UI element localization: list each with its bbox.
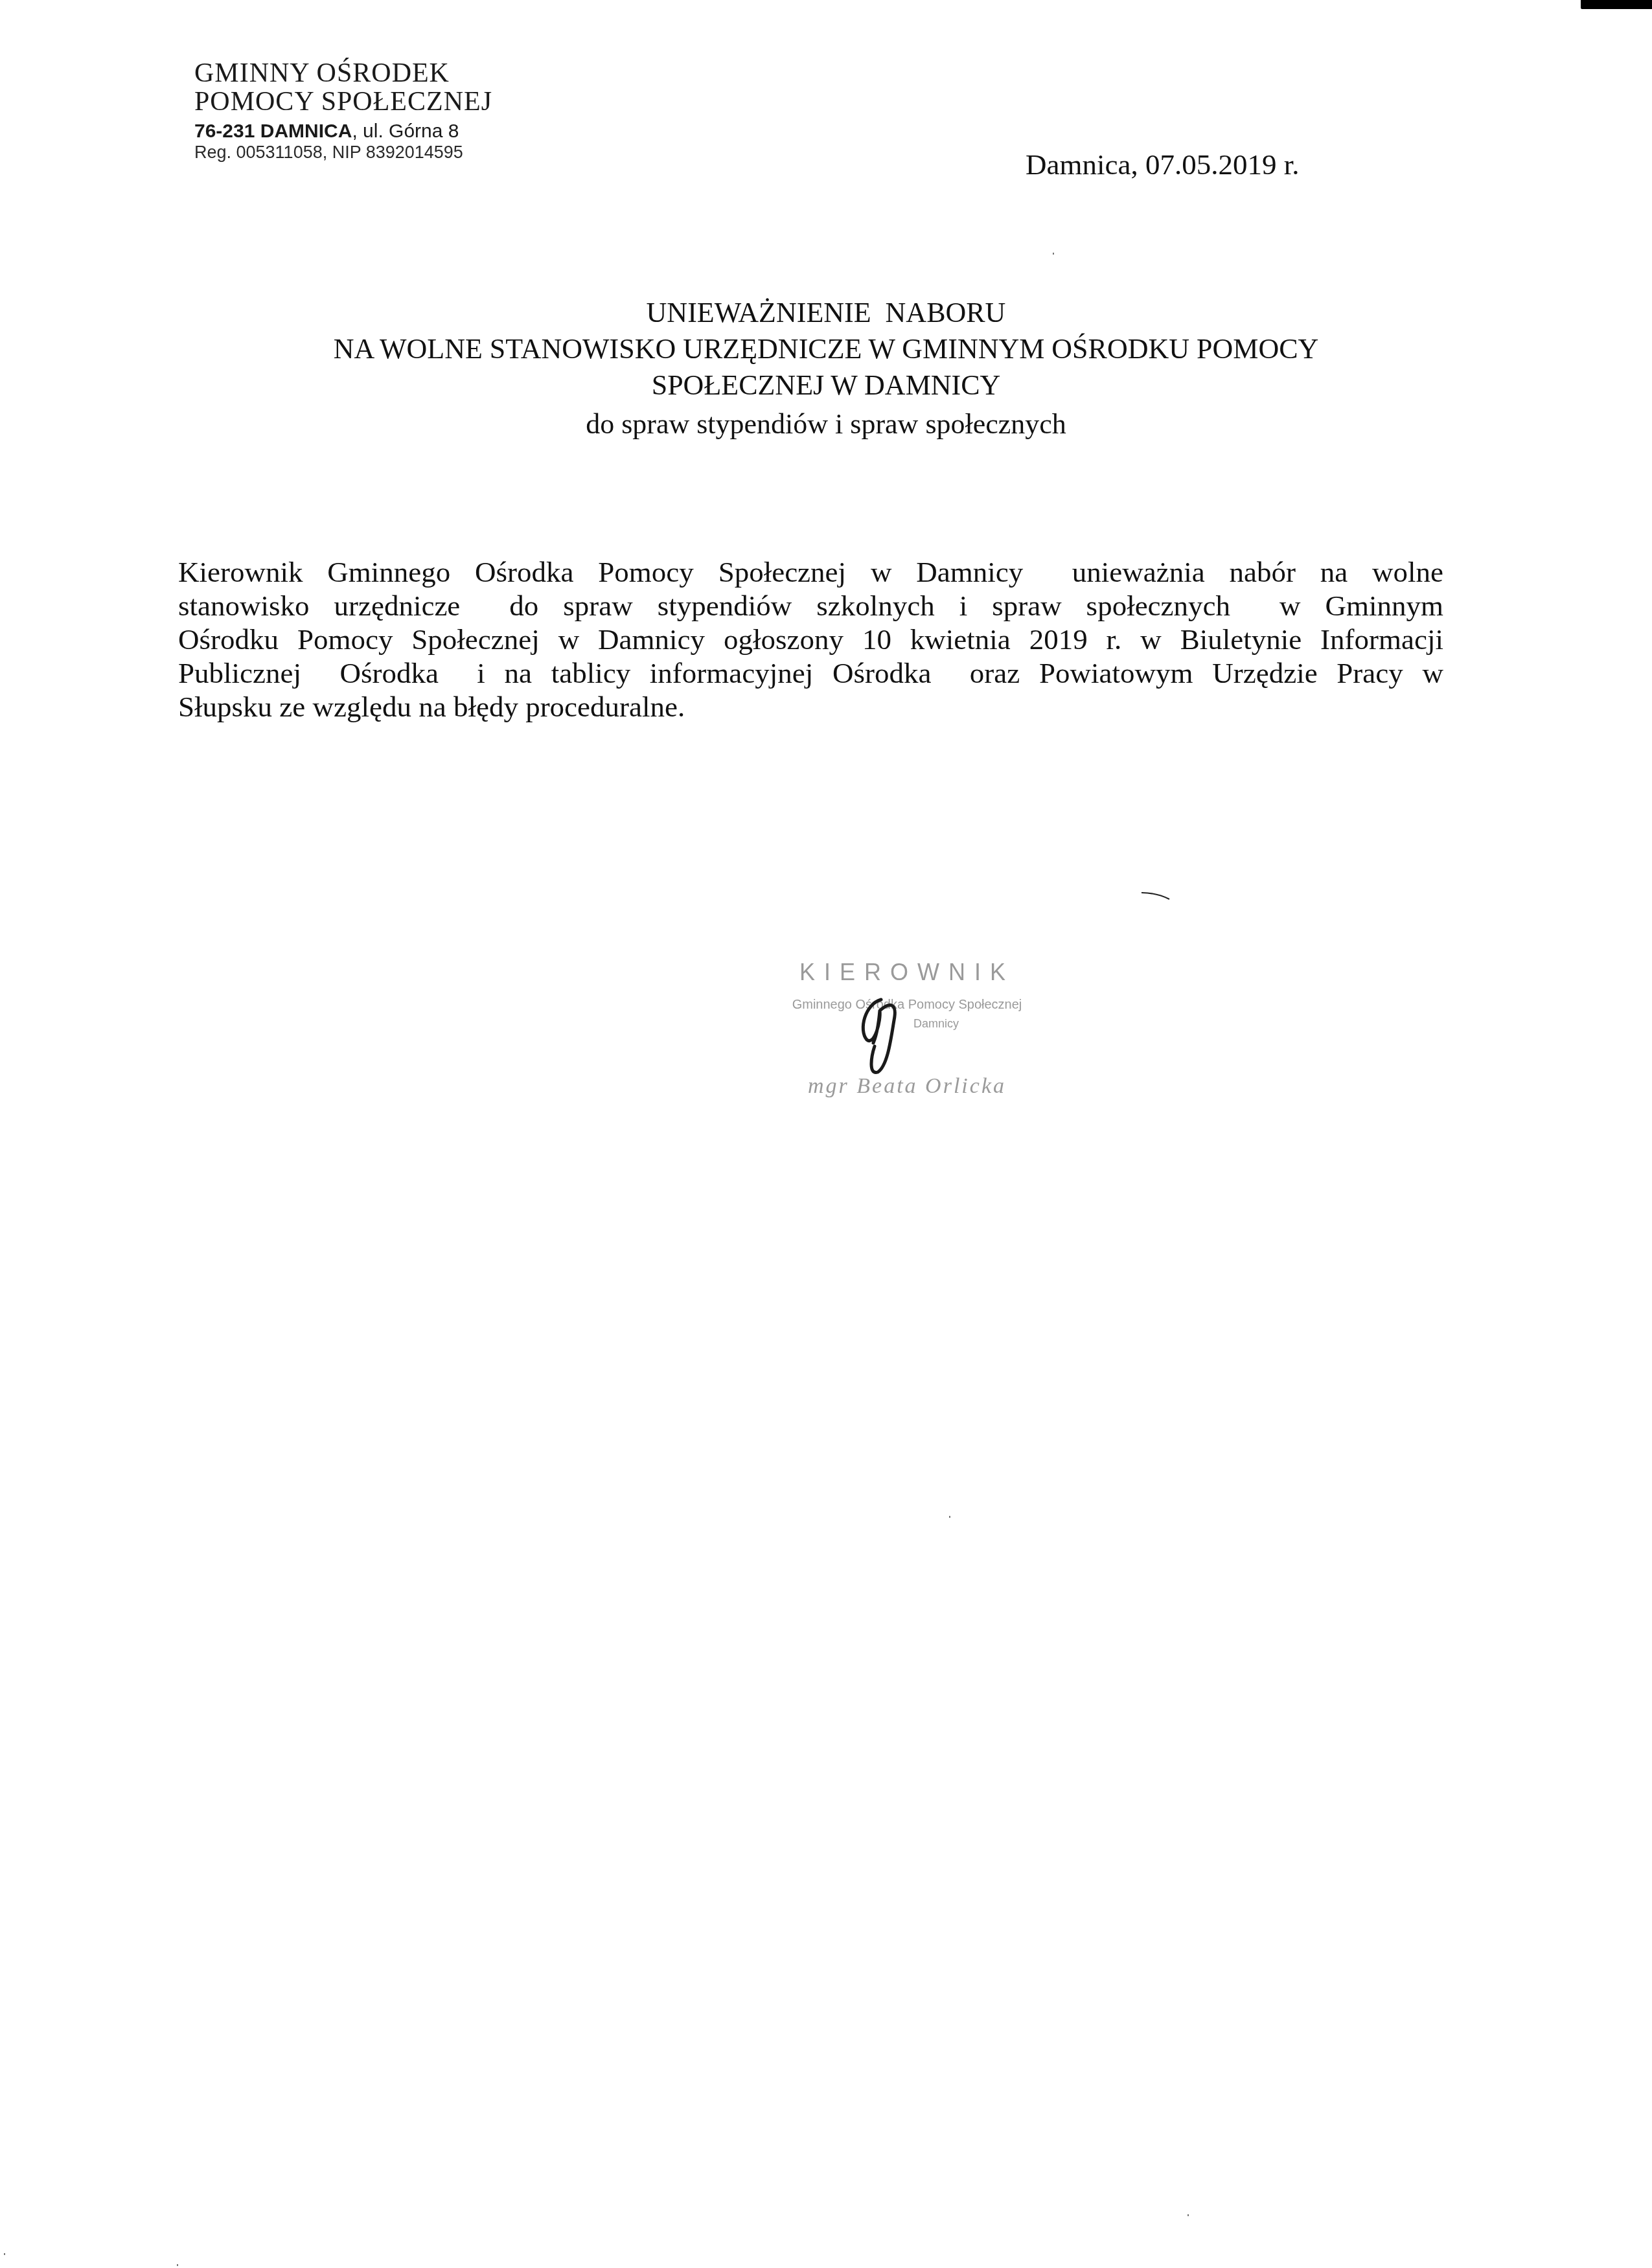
scan-speck	[1053, 253, 1054, 255]
document-page: GMINNY OŚRODEK POMOCY SPOŁECZNEJ 76-231 …	[0, 0, 1652, 2268]
scan-edge-mark	[1581, 0, 1652, 9]
stamp-line-institution-2: POMOCY SPOŁECZNEJ	[194, 88, 557, 118]
title-line-2: NA WOLNE STANOWISKO URZĘDNICZE W GMINNYM…	[162, 331, 1490, 367]
stamp-line-institution: GMINNY OŚRODEK	[194, 60, 557, 88]
body-line: Publicznej Ośrodka i na tablicy informac…	[178, 656, 1443, 690]
place-and-date: Damnica, 07.05.2019 r.	[1026, 148, 1299, 181]
document-title: UNIEWAŻNIENIE NABORU NA WOLNE STANOWISKO…	[162, 295, 1490, 442]
body-line: stanowisko urzędnicze do spraw stypendió…	[178, 589, 1443, 623]
signature-stamp-title: KIEROWNIK	[739, 959, 1075, 986]
stamp-postcode-city: 76-231 DAMNICA	[194, 120, 352, 142]
title-subtitle: do spraw stypendiów i spraw społecznych	[162, 406, 1490, 442]
body-line: Ośrodku Pomocy Społecznej w Damnicy ogło…	[178, 623, 1443, 656]
stamp-registry: Reg. 005311058, NIP 8392014595	[194, 144, 557, 161]
scan-speck	[4, 2253, 5, 2255]
signature-stamp-place: Damnicy	[739, 1017, 1075, 1031]
signature-stamp: KIEROWNIK Gminnego Ośrodka Pomocy Społec…	[739, 959, 1075, 1108]
handwritten-signature	[855, 994, 907, 1079]
institution-header-stamp: GMINNY OŚRODEK POMOCY SPOŁECZNEJ 76-231 …	[194, 60, 557, 161]
pen-mark	[1140, 888, 1173, 900]
title-line-1: UNIEWAŻNIENIE NABORU	[162, 295, 1490, 331]
body-line: Kierownik Gminnego Ośrodka Pomocy Społec…	[178, 555, 1443, 589]
scan-speck	[949, 1516, 950, 1518]
stamp-street: , ul. Górna 8	[352, 120, 459, 142]
scan-speck	[1187, 2214, 1189, 2216]
body-line: Słupsku ze względu na błędy proceduralne…	[178, 690, 1443, 724]
title-line-3: SPOŁECZNEJ W DAMNICY	[162, 367, 1490, 404]
stamp-address: 76-231 DAMNICA, ul. Górna 8	[194, 122, 557, 141]
signature-stamp-organization: Gminnego Ośrodka Pomocy Społecznej	[739, 998, 1075, 1013]
signature-stamp-name: mgr Beata Orlicka	[739, 1074, 1075, 1099]
scan-speck	[177, 2264, 178, 2266]
body-paragraph: Kierownik Gminnego Ośrodka Pomocy Społec…	[178, 555, 1443, 724]
